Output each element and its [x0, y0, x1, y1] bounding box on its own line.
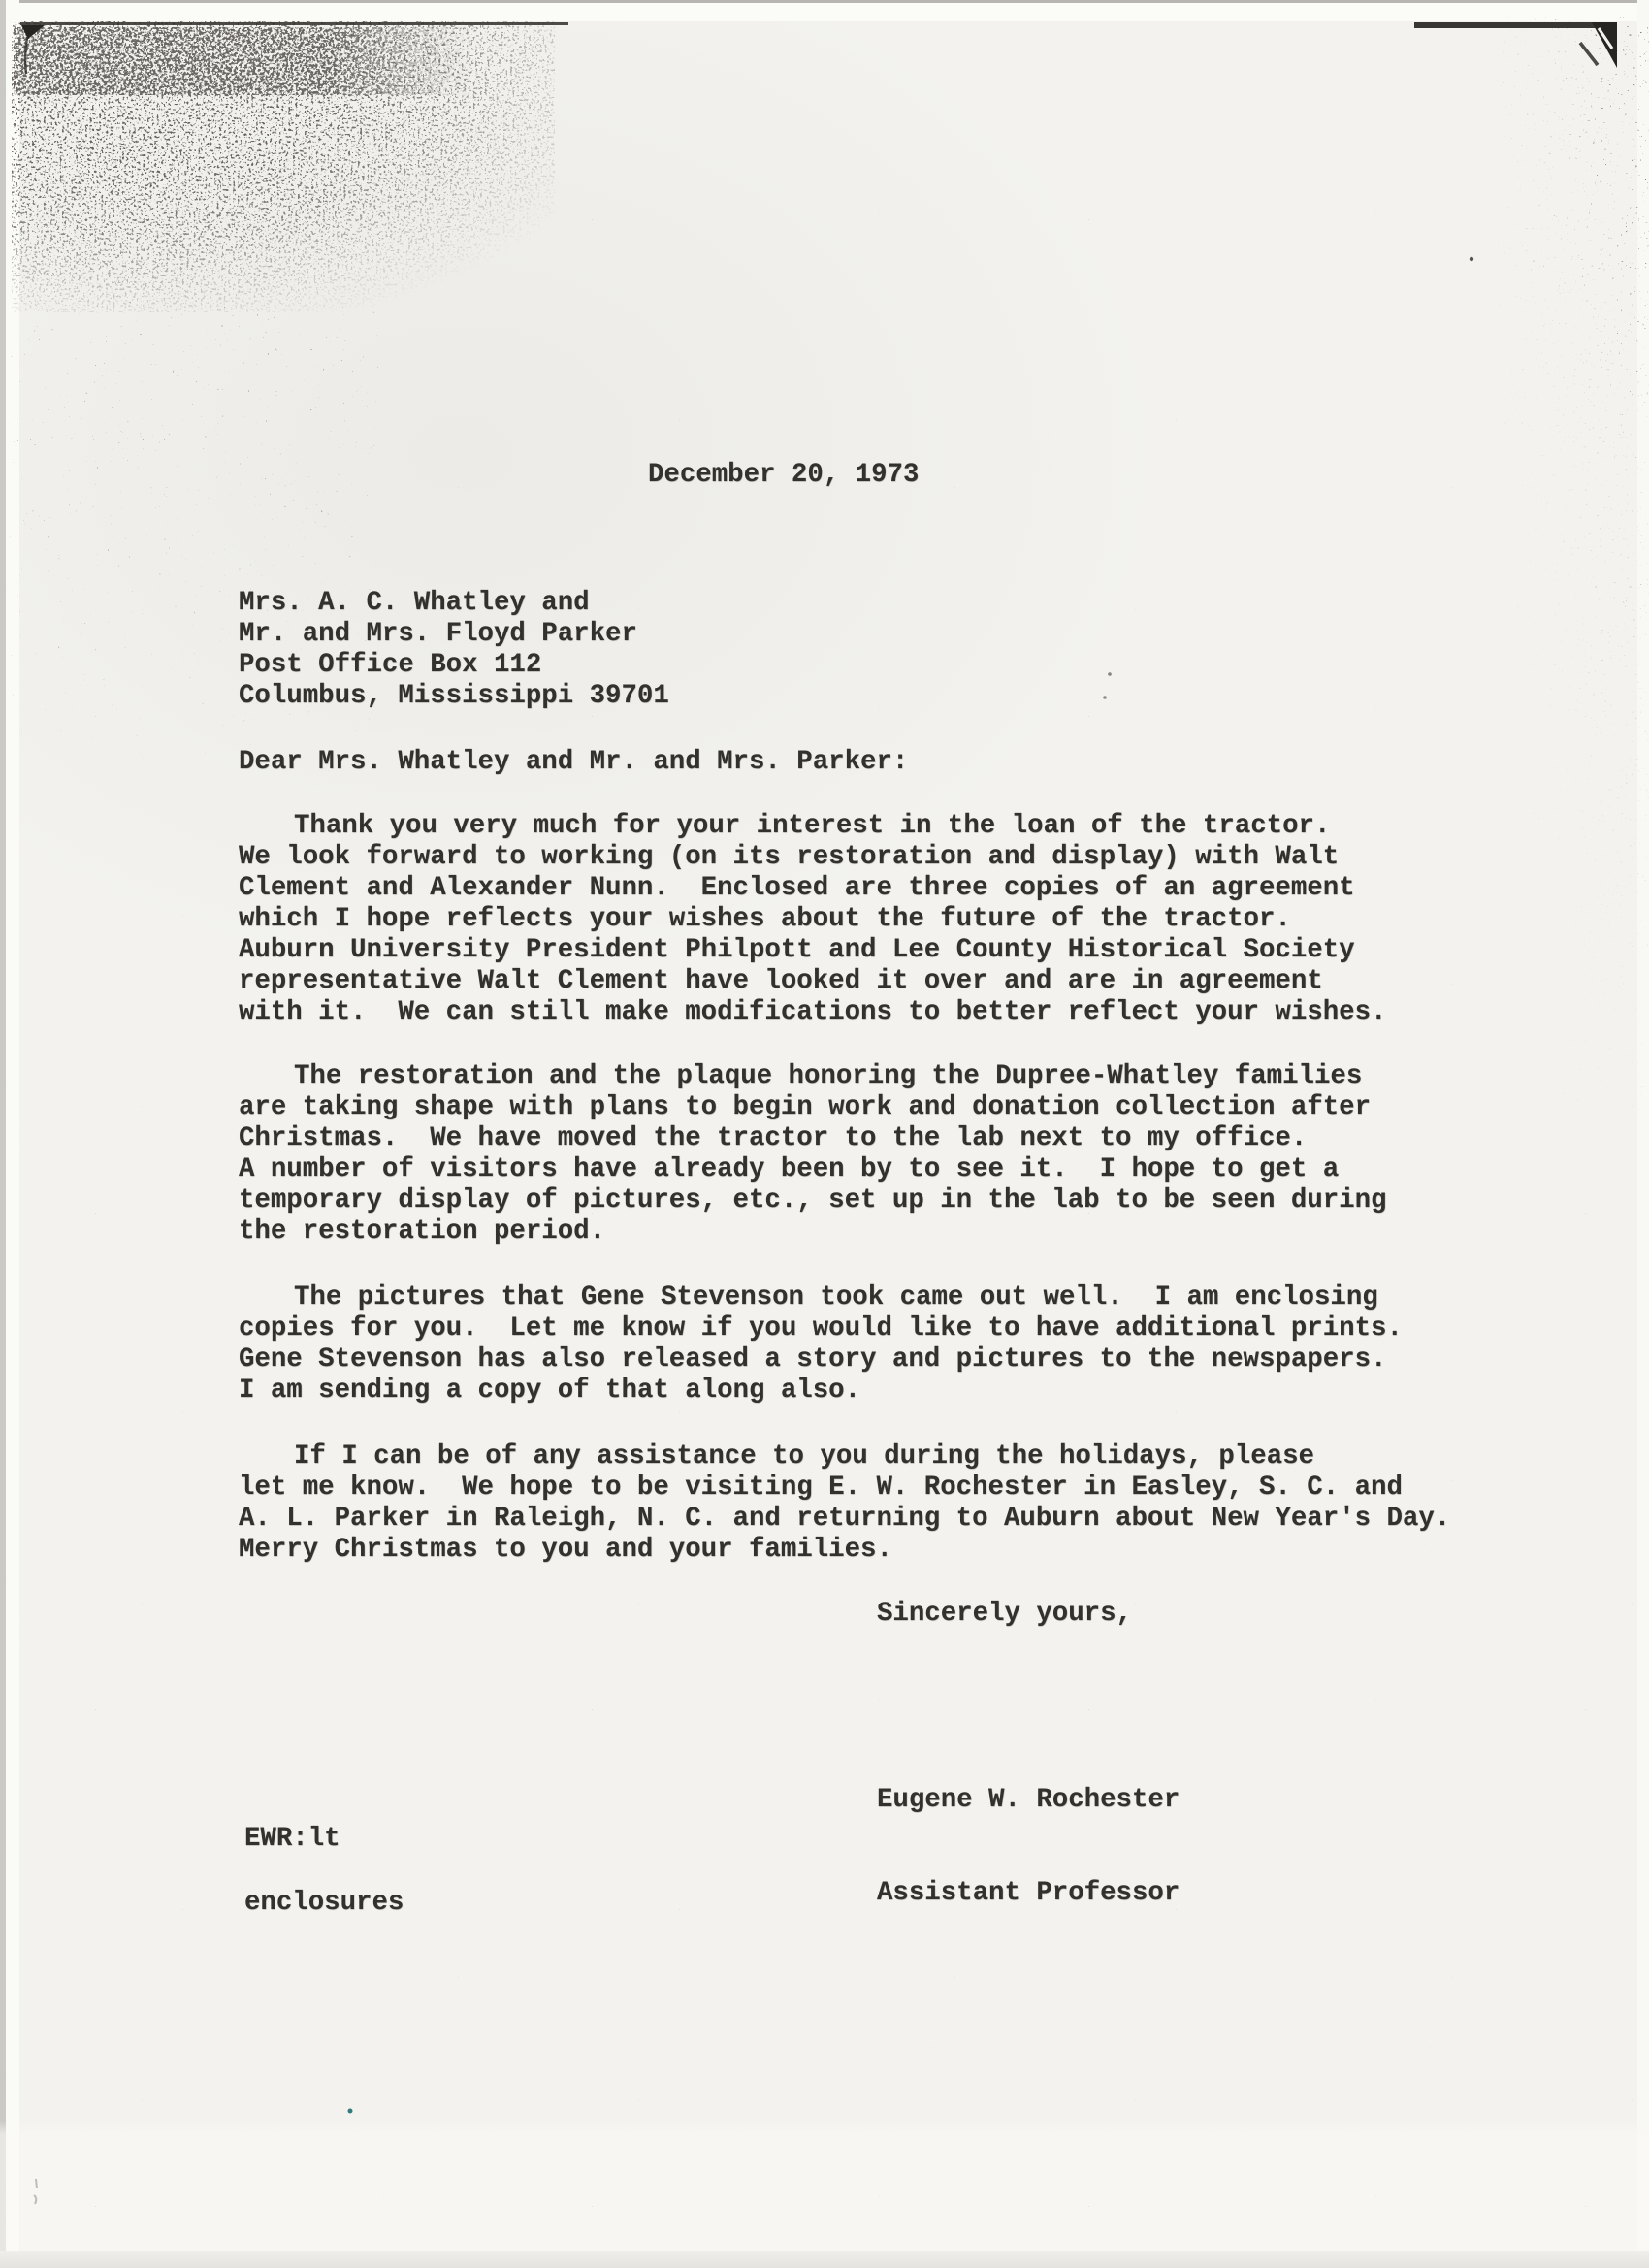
recipient-address: Mrs. A. C. Whatley and Mr. and Mrs. Floy… [239, 588, 669, 712]
body-paragraph-3: The pictures that Gene Stevenson took ca… [239, 1282, 1403, 1407]
typist-initials: EWR:lt [244, 1824, 340, 1855]
letter-content: December 20, 1973 Mrs. A. C. Whatley and… [0, 0, 1649, 2268]
signature-block: Eugene W. Rochester Assistant Professor [877, 1723, 1180, 1971]
enclosures-note: enclosures [244, 1888, 404, 1919]
letter-page: December 20, 1973 Mrs. A. C. Whatley and… [0, 0, 1649, 2268]
body-paragraph-1: Thank you very much for your interest in… [239, 811, 1386, 1028]
body-paragraph-2: The restoration and the plaque honoring … [239, 1061, 1386, 1247]
body-paragraph-4: If I can be of any assistance to you dur… [239, 1442, 1450, 1566]
salutation: Dear Mrs. Whatley and Mr. and Mrs. Parke… [239, 747, 908, 778]
signature-title: Assistant Professor [877, 1878, 1180, 1909]
letter-date: December 20, 1973 [648, 460, 919, 491]
signature-name: Eugene W. Rochester [877, 1785, 1180, 1816]
closing: Sincerely yours, [877, 1599, 1132, 1630]
